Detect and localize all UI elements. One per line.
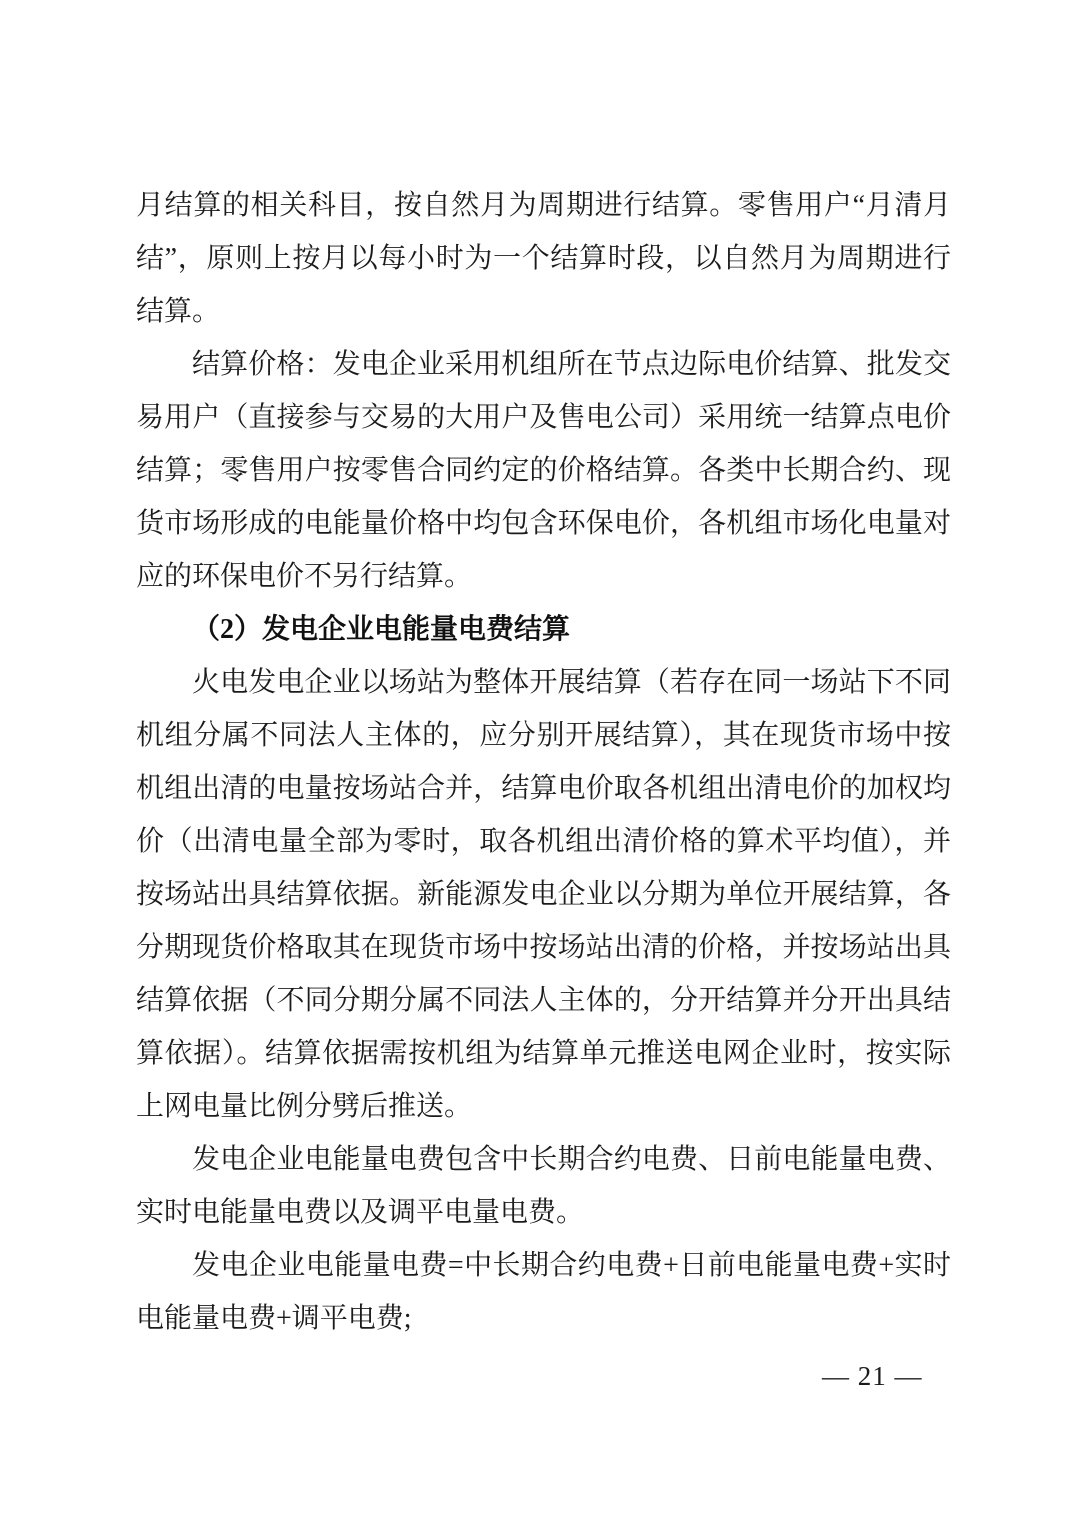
paragraph-settlement-price: 结算价格：发电企业采用机组所在节点边际电价结算、批发交易用户（直接参与交易的大用… [136, 338, 951, 603]
document-body: 月结算的相关科目，按自然月为周期进行结算。零售用户“月清月结”，原则上按月以每小… [136, 179, 951, 1345]
document-page: 月结算的相关科目，按自然月为周期进行结算。零售用户“月清月结”，原则上按月以每小… [0, 0, 1080, 1527]
section-heading-generation-energy-fee-settlement: （2）发电企业电能量电费结算 [136, 603, 951, 656]
page-number: — 21 — [822, 1360, 923, 1392]
paragraph-fee-formula: 发电企业电能量电费=中长期合约电费+日前电能量电费+实时电能量电费+调平电费; [136, 1239, 951, 1345]
paragraph-fee-components: 发电企业电能量电费包含中长期合约电费、日前电能量电费、实时电能量电费以及调平电量… [136, 1133, 951, 1239]
paragraph-thermal-and-renewable-settlement: 火电发电企业以场站为整体开展结算（若存在同一场站下不同机组分属不同法人主体的，应… [136, 656, 951, 1133]
paragraph-monthly-settlement-continuation: 月结算的相关科目，按自然月为周期进行结算。零售用户“月清月结”，原则上按月以每小… [136, 179, 951, 338]
